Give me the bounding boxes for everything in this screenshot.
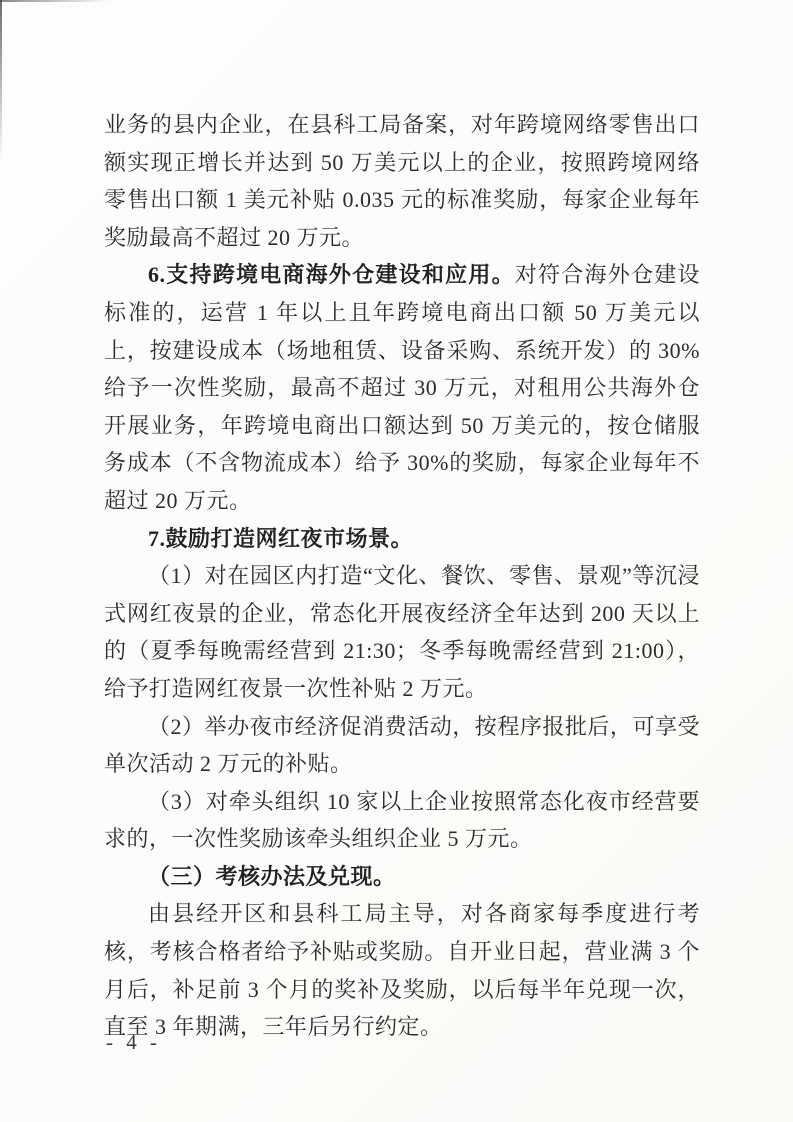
scanned-document-page: 业务的县内企业，在县科工局备案，对年跨境网络零售出口额实现正增长并达到 50 万… [0,0,793,1122]
paragraph: （三）考核办法及兑现。 [104,858,700,896]
page-number: - 4 - [106,1030,161,1055]
paragraph-text-run: （3）对牵头组织 10 家以上企业按照常态化夜市经营要求的，一次性奖励该牵头组织… [104,789,700,852]
scan-edge-artifact-top [0,0,110,2]
paragraph-text-run: 由县经开区和县科工局主导，对各商家每季度进行考核，考核合格者给予补贴或奖励。自开… [104,901,700,1039]
paragraph: （1）对在园区内打造“文化、餐饮、零售、景观”等沉浸式网红夜景的企业，常态化开展… [104,557,700,707]
paragraph-text-run: 对符合海外仓建设标准的，运营 1 年以上且年跨境电商出口额 50 万美元以上，按… [104,262,700,513]
paragraph-heading-run: （三）考核办法及兑现。 [148,864,396,889]
paragraph: （3）对牵头组织 10 家以上企业按照常态化夜市经营要求的，一次性奖励该牵头组织… [104,783,700,858]
document-body: 业务的县内企业，在县科工局备案，对年跨境网络零售出口额实现正增长并达到 50 万… [104,106,700,1046]
paragraph: （2）举办夜市经济促消费活动，按程序报批后，可享受单次活动 2 万元的补贴。 [104,708,700,783]
paragraph: 7.鼓励打造网红夜市场景。 [104,520,700,558]
paragraph: 6.支持跨境电商海外仓建设和应用。对符合海外仓建设标准的，运营 1 年以上且年跨… [104,256,700,519]
paragraph-heading-run: 6.支持跨境电商海外仓建设和应用。 [148,262,515,287]
paragraph-text-run: 业务的县内企业，在县科工局备案，对年跨境网络零售出口额实现正增长并达到 50 万… [104,112,700,250]
paragraph: 由县经开区和县科工局主导，对各商家每季度进行考核，考核合格者给予补贴或奖励。自开… [104,895,700,1045]
paragraph-heading-run: 7.鼓励打造网红夜市场景。 [148,526,413,551]
paragraph-text-run: （2）举办夜市经济促消费活动，按程序报批后，可享受单次活动 2 万元的补贴。 [104,714,700,777]
paragraph-text-run: （1）对在园区内打造“文化、餐饮、零售、景观”等沉浸式网红夜景的企业，常态化开展… [104,563,700,701]
paragraph: 业务的县内企业，在县科工局备案，对年跨境网络零售出口额实现正增长并达到 50 万… [104,106,700,256]
scan-edge-artifact-left [0,0,2,160]
